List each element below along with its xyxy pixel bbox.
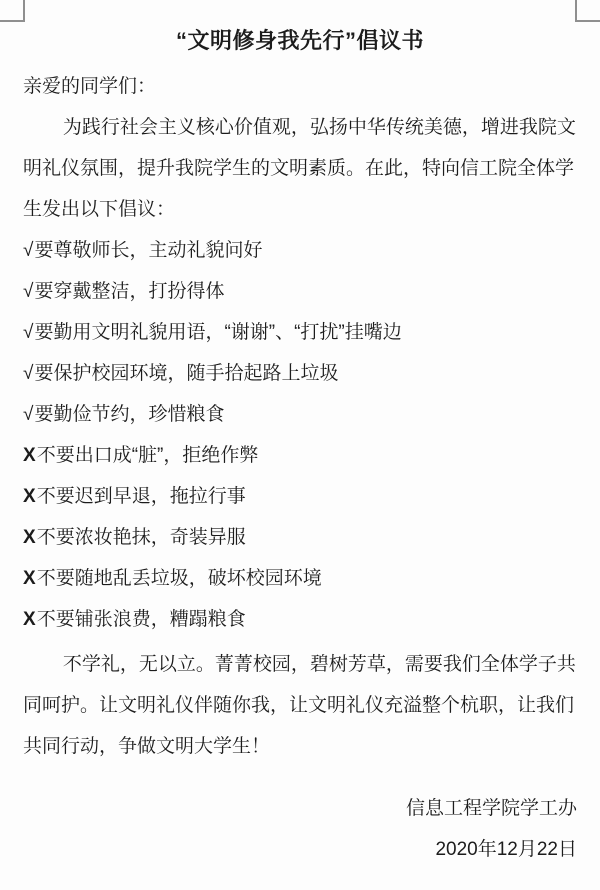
pledge-item: √要勤用文明礼貌用语，“谢谢”、“打扰”挂嘴边 — [23, 312, 577, 353]
check-marker: √ — [23, 271, 33, 312]
pledge-item: √要保护校园环境，随手拾起路上垃圾 — [23, 353, 577, 394]
page-corner-mark-right — [575, 0, 600, 22]
pledge-item: X不要浓妆艳抹，奇装异服 — [23, 517, 577, 558]
closing-paragraph: 不学礼，无以立。菁菁校园，碧树芳草，需要我们全体学子共同呵护。让文明礼仪伴随你我… — [23, 644, 577, 767]
pledge-item-text: 要勤用文明礼貌用语，“谢谢”、“打扰”挂嘴边 — [34, 322, 401, 343]
document-page: “文明修身我先行”倡议书 亲爱的同学们： 为践行社会主义核心价值观，弘扬中华传统… — [0, 0, 600, 890]
pledge-item-text: 不要浓妆艳抹，奇装异服 — [37, 527, 246, 548]
pledge-item: X不要随地乱丢垃圾，破坏校园环境 — [23, 558, 577, 599]
pledge-item-text: 不要铺张浪费，糟蹋粮食 — [37, 609, 246, 630]
pledge-item-text: 要保护校园环境，随手拾起路上垃圾 — [34, 363, 338, 384]
pledge-item-text: 要穿戴整洁，打扮得体 — [34, 281, 224, 302]
intro-paragraph: 为践行社会主义核心价值观，弘扬中华传统美德，增进我院文明礼仪氛围，提升我院学生的… — [23, 107, 577, 230]
pledge-item-text: 不要迟到早退，拖拉行事 — [37, 486, 246, 507]
pledge-list: √要尊敬师长，主动礼貌问好 √要穿戴整洁，打扮得体 √要勤用文明礼貌用语，“谢谢… — [23, 230, 577, 640]
x-marker: X — [23, 517, 36, 558]
salutation: 亲爱的同学们： — [23, 66, 577, 107]
x-marker: X — [23, 476, 36, 517]
pledge-item: X不要出口成“脏”，拒绝作弊 — [23, 435, 577, 476]
x-marker: X — [23, 599, 36, 640]
check-marker: √ — [23, 353, 33, 394]
pledge-item: X不要铺张浪费，糟蹋粮食 — [23, 599, 577, 640]
x-marker: X — [23, 435, 36, 476]
date: 2020年12月22日 — [23, 829, 577, 870]
pledge-item: X不要迟到早退，拖拉行事 — [23, 476, 577, 517]
page-corner-mark-left — [0, 0, 25, 22]
signature-block: 信息工程学院学工办 2020年12月22日 — [23, 788, 577, 870]
check-marker: √ — [23, 312, 33, 353]
document-title: “文明修身我先行”倡议书 — [23, 24, 577, 58]
pledge-item: √要勤俭节约，珍惜粮食 — [23, 394, 577, 435]
signature: 信息工程学院学工办 — [23, 788, 577, 829]
pledge-item-text: 不要出口成“脏”，拒绝作弊 — [37, 445, 259, 466]
pledge-item-text: 不要随地乱丢垃圾，破坏校园环境 — [37, 568, 322, 589]
check-marker: √ — [23, 394, 33, 435]
check-marker: √ — [23, 230, 33, 271]
pledge-item: √要尊敬师长，主动礼貌问好 — [23, 230, 577, 271]
pledge-item-text: 要尊敬师长，主动礼貌问好 — [34, 240, 262, 261]
x-marker: X — [23, 558, 36, 599]
pledge-item-text: 要勤俭节约，珍惜粮食 — [34, 404, 224, 425]
pledge-item: √要穿戴整洁，打扮得体 — [23, 271, 577, 312]
